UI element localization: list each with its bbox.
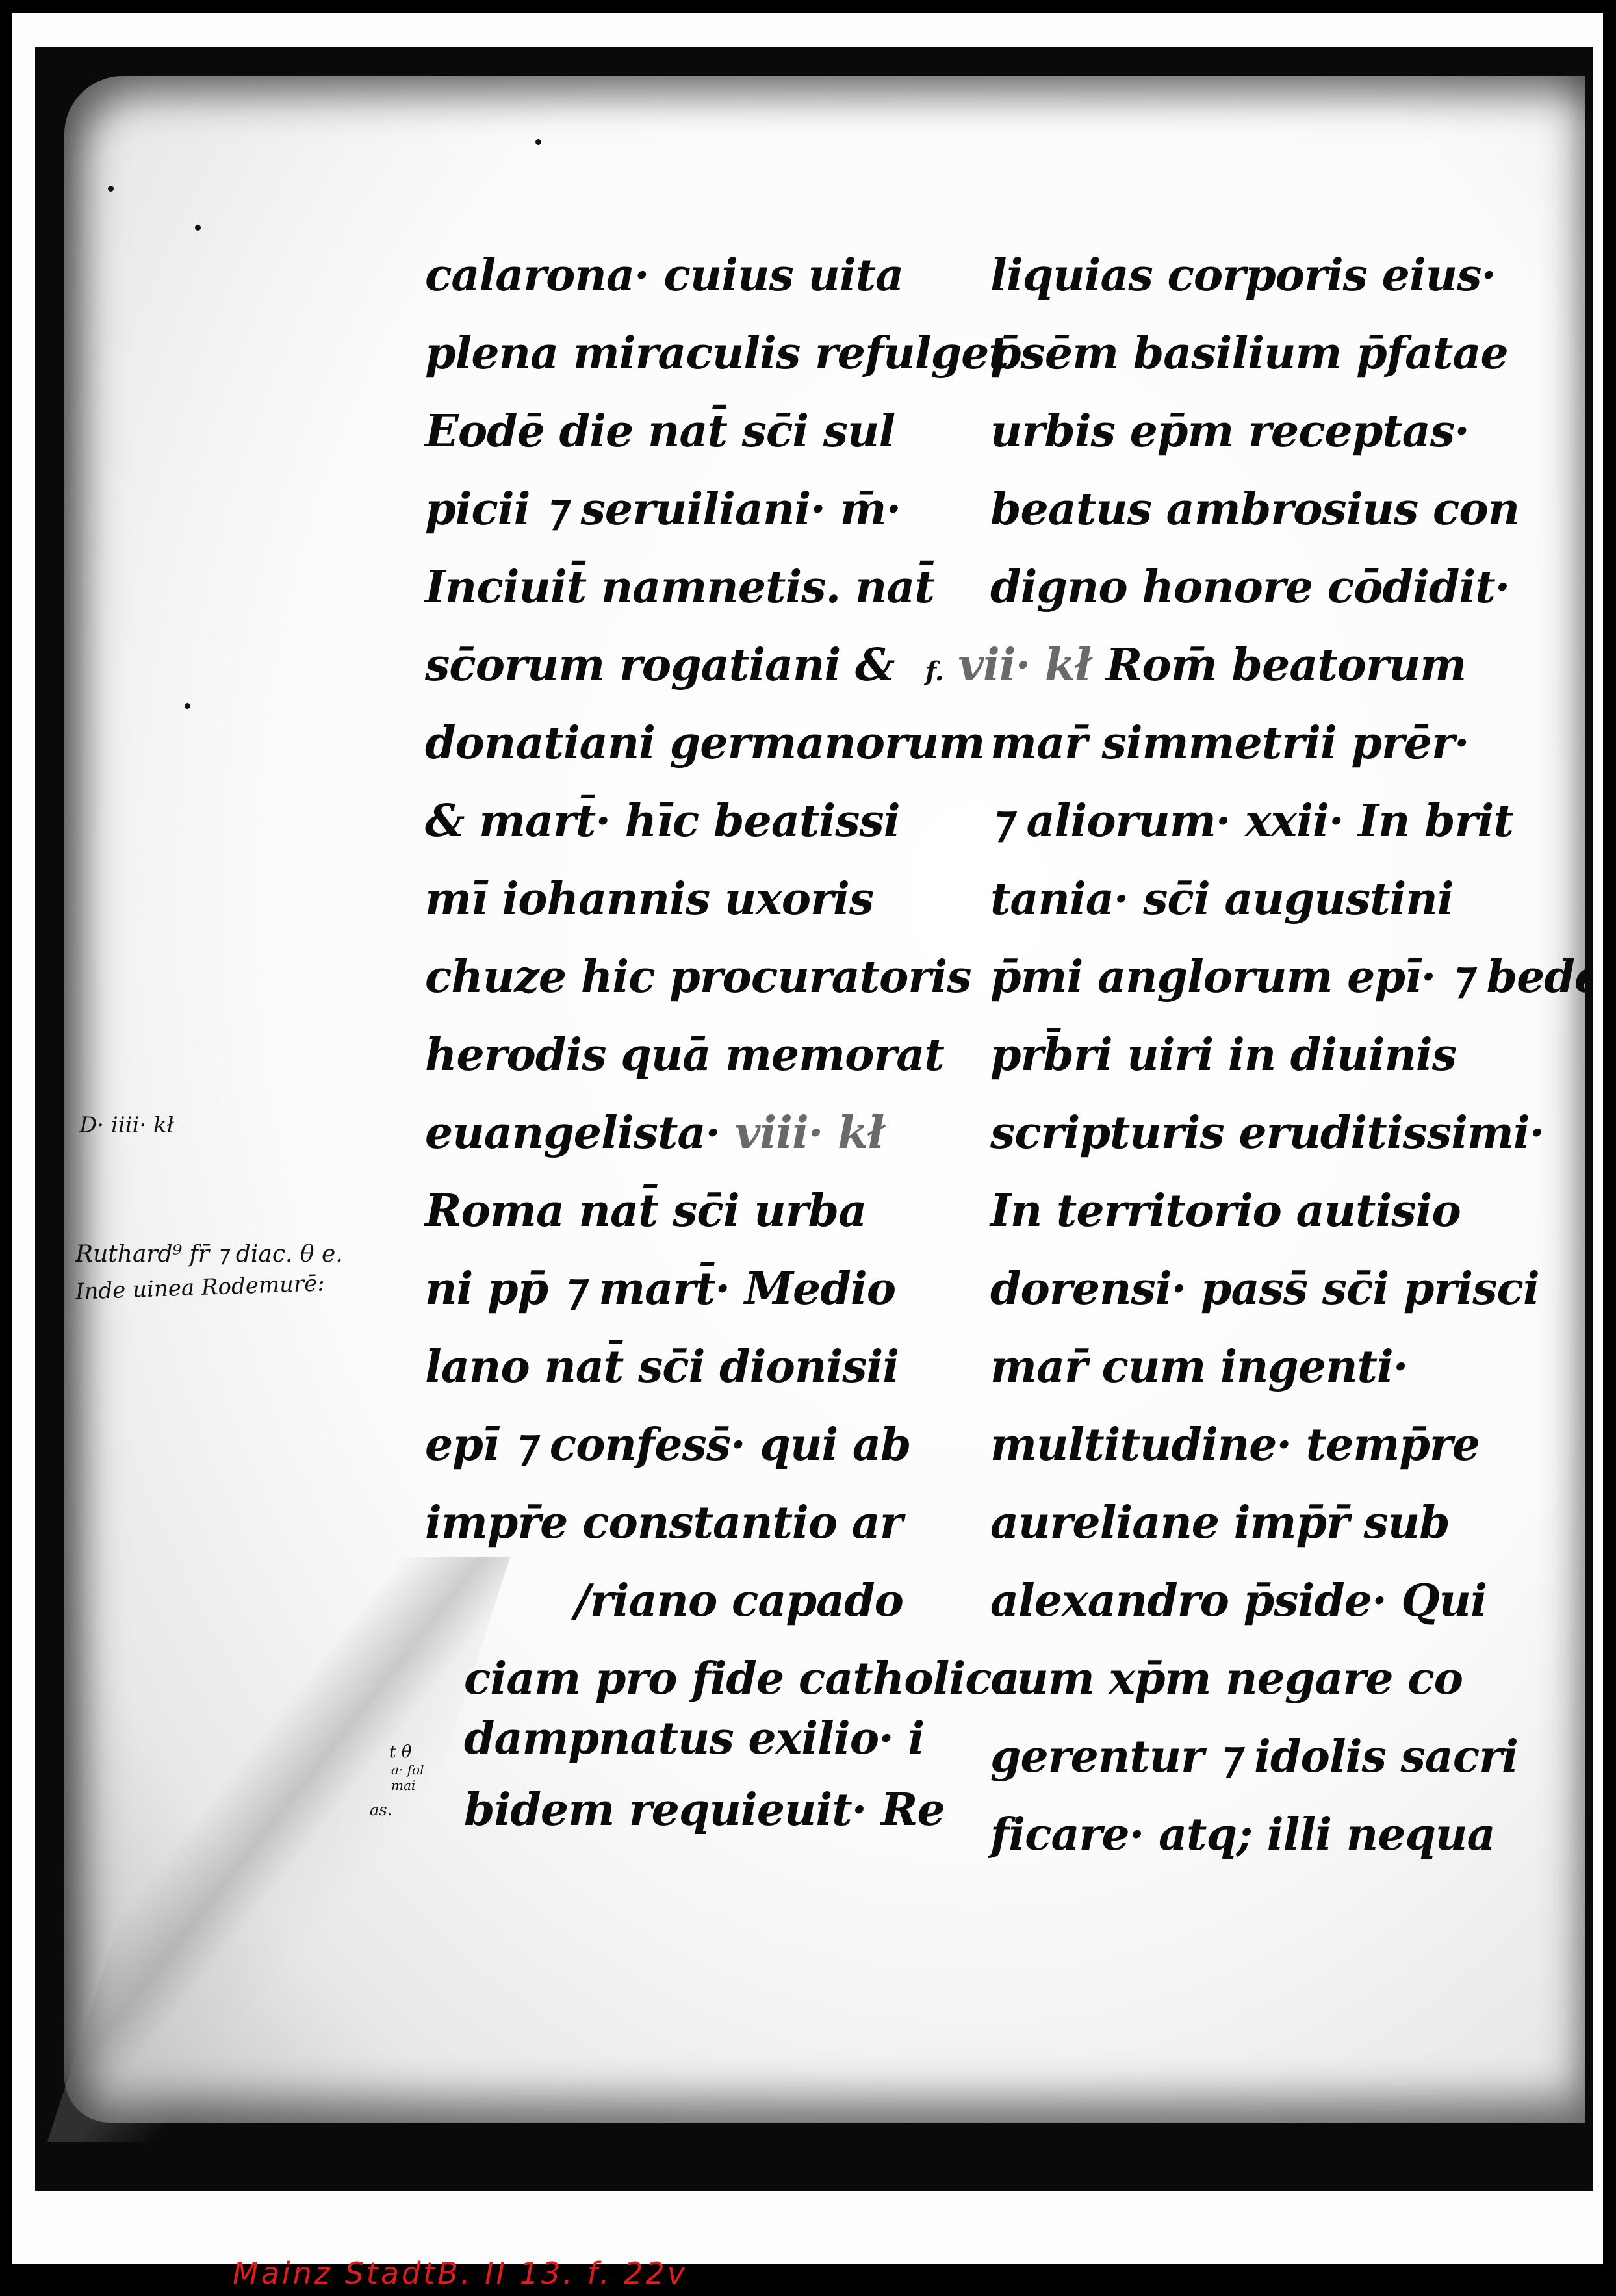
text-line: ⁊ aliorum· xxii· In brit	[990, 799, 1513, 843]
text-line: Eodē die nat̄ sc̄i sul	[425, 409, 895, 453]
manuscript-photograph: calarona· cuius uita plena miraculis ref…	[35, 47, 1593, 2191]
marginal-date-note: D· iiii· kł	[79, 1112, 174, 1138]
text-line: multitudine· temp̄re	[990, 1423, 1480, 1467]
fold-note: a· fol	[391, 1762, 424, 1778]
rubric-date-marker: viii· kł	[735, 1107, 884, 1159]
text-line: calarona· cuius uita	[425, 253, 903, 298]
text-line: picii ⁊ seruiliani· m̄·	[425, 487, 901, 531]
text-line: mar̄ simmetrii prēr·	[990, 721, 1469, 765]
text-line-main: euangelista·	[425, 1107, 720, 1159]
text-line: p̄sēm basilium p̄fatae	[990, 331, 1508, 376]
prick-mark	[185, 703, 190, 709]
text-line: chuze hic procuratoris	[425, 955, 971, 999]
text-line: In territorio autisio	[990, 1189, 1461, 1233]
text-line: bidem requieuit· Re	[464, 1788, 945, 1832]
text-line: alexandro p̄side· Qui	[990, 1579, 1487, 1623]
fold-note: mai	[391, 1778, 415, 1793]
text-line: impr̄e constantio ar	[425, 1501, 903, 1545]
text-line: /riano capado	[574, 1579, 903, 1623]
text-line-main: Rom̄ beatorum	[1106, 639, 1466, 691]
marginal-ownership-line-1: Ruthard⁹ fr̄ ⁊ diac. θ e.	[75, 1241, 343, 1268]
text-line: liquias corporis eius·	[990, 253, 1496, 298]
text-line: digno honore cōdidit·	[990, 565, 1509, 609]
rubric-date-marker: vii· kł	[958, 639, 1091, 691]
text-line: ciam pro fide catholica	[464, 1657, 1020, 1701]
text-line: dampnatus exilio· i	[464, 1716, 924, 1761]
text-line: mī iohannis uxoris	[425, 877, 873, 921]
text-line: beatus ambrosius con	[990, 487, 1519, 531]
prick-mark	[195, 225, 201, 231]
text-line: sc̄orum rogatiani &	[425, 643, 894, 687]
text-line: Inciuit̄ namnetis. nat̄	[425, 565, 934, 609]
text-line: euangelista· viii· kł	[425, 1111, 884, 1155]
text-line: scripturis eruditissimi·	[990, 1111, 1544, 1155]
text-line: mar̄ cum ingenti·	[990, 1345, 1407, 1389]
text-line: dorensi· pass̄ sc̄i prisci	[990, 1267, 1539, 1311]
text-line: epī ⁊ confess̄· qui ab	[425, 1423, 911, 1467]
fold-note: t θ	[389, 1742, 411, 1762]
prick-mark	[108, 186, 114, 192]
text-line: tania· sc̄i augustini	[990, 877, 1454, 921]
fold-note: as.	[370, 1801, 392, 1819]
feria-letter: f.	[925, 656, 943, 687]
text-line: lano nat̄ sc̄i dionisii	[425, 1345, 899, 1389]
text-line: prb̄ri uiri in diuinis	[990, 1033, 1456, 1077]
text-line: ni pp̄ ⁊ mart̄· Medio	[425, 1267, 895, 1311]
prick-mark	[535, 139, 541, 145]
text-line: cum xp̄m negare co	[990, 1657, 1463, 1701]
text-line: plena miraculis refulget·	[425, 331, 1023, 376]
text-line: ficare· atq; illi nequa	[990, 1813, 1495, 1857]
text-line: f. vii· kł Rom̄ beatorum	[925, 643, 1466, 687]
text-line: aureliane imp̄r̄ sub	[990, 1501, 1450, 1545]
text-line: donatiani germanorum	[425, 721, 984, 765]
text-line: & mart̄· hīc beatissi	[425, 799, 900, 843]
text-line: p̄mi anglorum epī· ⁊ bede	[990, 955, 1593, 999]
page-fold-crease	[47, 1557, 510, 2142]
catalog-caption: Mainz StadtB. II 13. f. 22v	[233, 2256, 687, 2291]
text-line: Roma nat̄ sc̄i urba	[425, 1189, 866, 1233]
photo-mount-sheet: calarona· cuius uita plena miraculis ref…	[12, 13, 1603, 2264]
text-line: gerentur ⁊ idolis sacri	[990, 1735, 1518, 1779]
text-line: herodis quā memorat	[425, 1033, 944, 1077]
text-line: urbis ep̄m receptas·	[990, 409, 1469, 453]
